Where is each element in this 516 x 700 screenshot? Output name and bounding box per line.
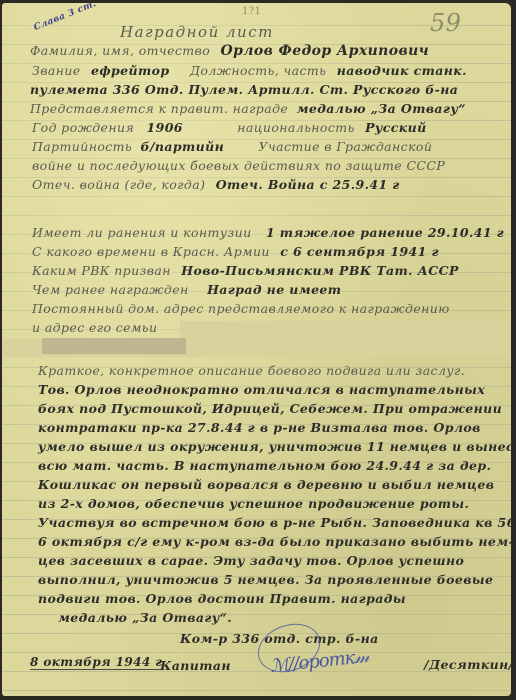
field-label: Год рождения — [32, 120, 134, 135]
description-line: выполнил, уничтожив 5 немцев. За проявле… — [38, 572, 493, 587]
patriotic-war-value: Отеч. Война с 25.9.41 г — [216, 177, 400, 192]
party-value: б/партийн — [141, 139, 225, 154]
description-line: цев засевших в сарае. Эту задачу тов. Ор… — [38, 553, 464, 568]
description-line: всю мат. часть. В наступательном бою 24.… — [38, 458, 491, 473]
description-line: Кошликас он первый ворвался в деревню и … — [38, 477, 494, 492]
field-label: Участие в Гражданской — [259, 139, 433, 154]
description-line: контратаки пр-ка 27.8.44 г в р-не Визтал… — [38, 420, 481, 435]
field-label: Партийность — [32, 139, 132, 154]
field-label: С какого времени в Красн. Армии — [32, 244, 270, 259]
field-birth-nationality: Год рождения 1906 национальность Русский — [32, 120, 427, 135]
document-title: Наградной лист — [120, 23, 274, 41]
position-value: наводчик станк. — [337, 63, 467, 78]
award-value: медалью „За Отвагу“ — [297, 101, 466, 116]
field-label: Представляется к правит. награде — [30, 101, 288, 116]
description-line: Участвуя во встречном бою в р-не Рыбн. З… — [38, 515, 511, 530]
stamp-slava-3: Слава 3 ст. — [33, 3, 98, 33]
field-party: Партийность б/партийн Участие в Гражданс… — [32, 139, 432, 154]
field-label: Каким РВК призван — [32, 263, 171, 278]
army-since-value: с 6 сентября 1941 г — [280, 244, 439, 259]
field-label: Отеч. война (где, когда) — [32, 177, 205, 192]
award-sheet: Слава 3 ст. 1?1 59 Наградной лист Фамили… — [2, 3, 511, 696]
commander-name: /Десяткин/ — [424, 657, 511, 672]
field-label: Должность, часть — [190, 63, 327, 78]
description-line: 6 октября с/г ему к-ром вз-да было прика… — [38, 534, 511, 549]
description-line: умело вышел из окружения, уничтожив 11 н… — [38, 439, 511, 454]
unit-value: пулемета 336 Отд. Пулем. Артилл. Ст. Рус… — [30, 82, 458, 97]
field-label: Фамилия, имя, отчество — [30, 43, 210, 58]
field-label-family-address: и адрес его семьи — [32, 320, 157, 335]
field-label: Звание — [32, 63, 81, 78]
field-army-since: С какого времени в Красн. Армии с 6 сент… — [32, 244, 439, 259]
field-label: национальность — [237, 120, 354, 135]
signature-date: 8 октября 1944 г — [30, 655, 162, 670]
draft-office-value: Ново-Письмянским РВК Тат. АССР — [181, 263, 458, 278]
field-label-address: Постоянный дом. адрес представляемого к … — [32, 301, 450, 316]
field-wounds: Имеет ли ранения и контузии 1 тяжелое ра… — [32, 225, 504, 240]
description-line: Тов. Орлов неоднократно отличался в наст… — [38, 382, 485, 397]
commander-rank: Капитан — [160, 658, 231, 673]
field-award: Представляется к правит. награде медалью… — [30, 101, 466, 116]
archive-number: 1?1 — [242, 6, 261, 17]
redaction-box — [42, 338, 186, 354]
field-rank-position: Звание ефрейтор Должность, часть наводчи… — [32, 63, 467, 78]
page-number: 59 — [430, 9, 461, 37]
field-patriotic-war: Отеч. война (где, когда) Отеч. Война с 2… — [32, 177, 400, 192]
rank-value: ефрейтор — [91, 63, 170, 78]
wounds-value: 1 тяжелое ранение 29.10.41 г — [266, 225, 504, 240]
description-line: из 2-х домов, обеспечив успешное продвиж… — [38, 496, 469, 511]
nationality-value: Русский — [365, 120, 427, 135]
field-label: Имеет ли ранения и контузии — [32, 225, 252, 240]
field-previous-awards: Чем ранее награжден Наград не имеет — [32, 282, 341, 297]
birth-year-value: 1906 — [147, 120, 183, 135]
full-name-value: Орлов Федор Архипович — [221, 43, 430, 59]
field-draft-office: Каким РВК призван Ново-Письмянским РВК Т… — [32, 263, 459, 278]
description-line: подвиги тов. Орлов достоин Правит. награ… — [38, 591, 406, 606]
description-heading: Краткое, конкретное описание боевого под… — [38, 363, 465, 378]
description-line: медалью „За Отвагу“. — [58, 610, 232, 625]
field-label-civil-war: войне и последующих боевых действиях по … — [32, 158, 445, 173]
field-label: Чем ранее награжден — [32, 282, 189, 297]
previous-awards-value: Наград не имеет — [207, 282, 341, 297]
description-line: боях под Пустошкой, Идрицей, Себежем. Пр… — [38, 401, 502, 416]
field-full-name: Фамилия, имя, отчество Орлов Федор Архип… — [30, 43, 429, 59]
